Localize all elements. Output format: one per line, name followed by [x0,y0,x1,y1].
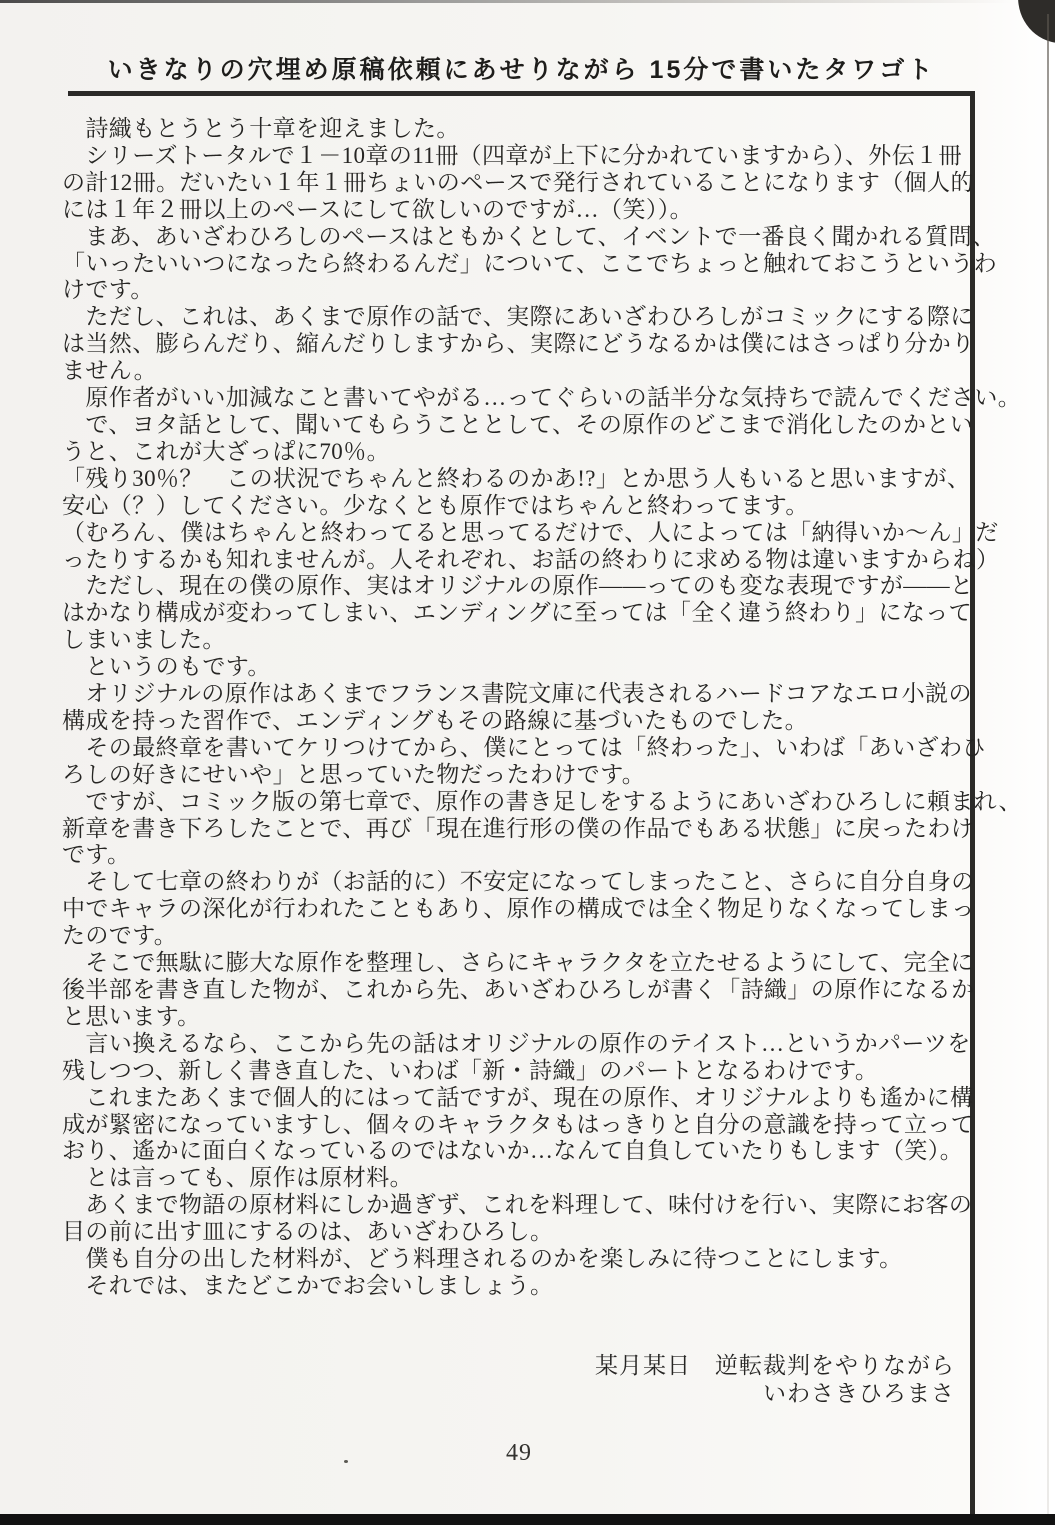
body-line: 原作者がいい加減なこと書いてやがる…ってぐらいの話半分な気持ちで読んでください。 [62,385,967,412]
body-line: あくまで物語の原材料にしか過ぎず、これを料理して、味付けを行い、実際にお客の [62,1192,967,1219]
body-line: （むろん、僕はちゃんと終わってると思ってるだけで、人によっては「納得いか～ん」だ [62,520,967,547]
top-scan-line [0,0,1055,3]
body-line: ただし、現在の僕の原作、実はオリジナルの原作――ってのも変な表現ですが――と [62,573,967,600]
body-line: 後半部を書き直した物が、これから先、あいざわひろしが書く「詩織」の原作になるか [62,977,967,1004]
signature-author-line: いわさきひろまさ [62,1380,955,1408]
bottom-scan-bar [0,1514,1055,1525]
body-line: うと、これが大ざっぱに70％。 [62,439,967,466]
body-line: 安心（？）してください。少なくとも原作ではちゃんと終わってます。 [62,493,967,520]
page-number: 49 [68,1440,970,1467]
body-line: ですが、コミック版の第七章で、原作の書き足しをするようにあいざわひろしに頼まれ、 [62,789,967,816]
body-line: 「残り30％？ この状況でちゃんと終わるのかあ!?」とか思う人もいると思いますが… [62,466,967,493]
body-line: はかなり構成が変わってしまい、エンディングに至っては「全く違う終わり」になって [62,600,967,627]
body-line: 中でキャラの深化が行われたこともあり、原作の構成では全く物足りなくなってしまっ [62,896,967,923]
body-line: そこで無駄に膨大な原作を整理し、さらにキャラクタを立たせるようにして、完全に [62,950,967,977]
body-line: とは言っても、原作は原材料。 [62,1165,967,1192]
body-line: 目の前に出す皿にするのは、あいざわひろし。 [62,1219,967,1246]
page-corner-shadow [1016,0,1055,43]
page-edge-line [1047,14,1049,1514]
body-line: というのもです。 [62,654,967,681]
body-line: 新章を書き下ろしたことで、再び「現在進行形の僕の作品でもある状態」に戻ったわけ [62,816,967,843]
body-line: オリジナルの原作はあくまでフランス書院文庫に代表されるハードコアなエロ小説の [62,681,967,708]
body-line: しまいました。 [62,627,967,654]
body-line: の計12冊。だいたい１年１冊ちょいのペースで発行されていることになります（個人的 [62,170,967,197]
body-line: そして七章の終わりが（お話的に）不安定になってしまったこと、さらに自分自身の [62,869,967,896]
body-line: けです。 [62,277,967,304]
body-line: 「いったいいつになったら終わるんだ」について、ここでちょっと触れておこうというわ [62,251,967,278]
body-line: 成が緊密になっていますし、個々のキャラクタもはっきりと自分の意識を持って立って [62,1112,967,1139]
body-line: シリーズトータルで１－10章の11冊（四章が上下に分かれていますから）、外伝１冊 [62,143,967,170]
body-line: それでは、またどこかでお会いしましょう。 [62,1273,967,1300]
body-line: と思います。 [62,1004,967,1031]
body-line: 僕も自分の出した材料が、どう料理されるのかを楽しみに待つことにします。 [62,1246,967,1273]
body-line: これまたあくまで個人的にはって話ですが、現在の原作、オリジナルよりも遙かに構 [62,1085,967,1112]
page-title: いきなりの穴埋め原稿依頼にあせりながら 15分で書いたタワゴト [68,50,975,86]
body-line: たのです。 [62,923,967,950]
body-line: 詩織もとうとう十章を迎えました。 [62,116,967,143]
body-line: ません。 [62,358,967,385]
body-line: まあ、あいざわひろしのペースはともかくとして、イベントで一番良く聞かれる質問、 [62,224,967,251]
body-line: おり、遙かに面白くなっているのではないか…なんて自負していたりもします（笑）。 [62,1138,967,1165]
signature-date-line: 某月某日 逆転裁判をやりながら [62,1352,955,1380]
body-line: ったりするかも知れませんが。人それぞれ、お話の終わりに求める物は違いますからね） [62,547,967,574]
body-line: ただし、これは、あくまで原作の話で、実際にあいざわひろしがコミックにする際に [62,304,967,331]
body-text: 詩織もとうとう十章を迎えました。 シリーズトータルで１－10章の11冊（四章が上… [62,116,967,1300]
body-line: です。 [62,842,967,869]
body-line: ろしの好きにせいや」と思っていた物だったわけです。 [62,762,967,789]
signature-block: 某月某日 逆転裁判をやりながら いわさきひろまさ [62,1352,967,1408]
body-line: 構成を持った習作で、エンディングもその路線に基づいたものでした。 [62,708,967,735]
body-line: 残しつつ、新しく書き直した、いわば「新・詩織」のパートとなるわけです。 [62,1058,967,1085]
body-line: で、ヨタ話として、聞いてもらうこととして、その原作のどこまで消化したのかとい [62,412,967,439]
body-line: には１年２冊以上のペースにして欲しいのですが…（笑））。 [62,197,967,224]
body-line: その最終章を書いてケリつけてから、僕にとっては「終わった」、いわば「あいざわひ [62,735,967,762]
body-line: は当然、膨らんだり、縮んだりしますから、実際にどうなるかは僕にはさっぱり分かり [62,331,967,358]
body-line: 言い換えるなら、ここから先の話はオリジナルの原作のテイスト…というかパーツを [62,1031,967,1058]
